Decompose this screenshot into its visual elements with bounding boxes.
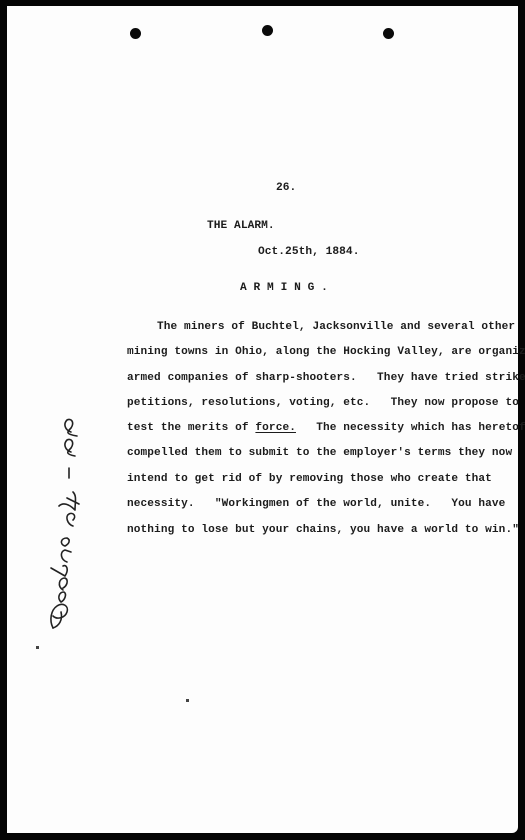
- body-text: necessity. "Workingmen of the world, uni…: [127, 498, 505, 510]
- body-text: petitions, resolutions, voting, etc. The…: [127, 397, 519, 409]
- scan-speck: [36, 646, 39, 649]
- scan-speck: [186, 699, 189, 702]
- punch-hole-left: [130, 28, 141, 39]
- publication-date: Oct.25th, 1884.: [258, 246, 359, 258]
- body-text: mining towns in Ohio, along the Hocking …: [127, 346, 525, 358]
- punch-hole-right: [383, 28, 394, 39]
- document-page: 26. THE ALARM. Oct.25th, 1884. A R M I N…: [7, 6, 518, 833]
- publication-title: THE ALARM.: [207, 220, 275, 232]
- body-text: test the merits of: [127, 422, 255, 434]
- body-text: armed companies of sharp-shooters. They …: [127, 372, 525, 384]
- body-text: nothing to lose but your chains, you hav…: [127, 524, 519, 536]
- article-heading: A R M I N G .: [240, 282, 328, 294]
- handwritten-exhibit-annotation: [45, 406, 85, 631]
- page-number: 26.: [276, 182, 296, 194]
- punch-hole-center: [262, 25, 273, 36]
- body-text: The necessity which has heretofore: [296, 422, 525, 434]
- emphasized-word: force.: [255, 422, 296, 434]
- body-text: The miners of Buchtel, Jacksonville and …: [157, 321, 515, 333]
- body-line-9: nothing to lose but your chains, you hav…: [100, 512, 519, 548]
- body-text: compelled them to submit to the employer…: [127, 447, 512, 459]
- body-text: intend to get rid of by removing those w…: [127, 473, 492, 485]
